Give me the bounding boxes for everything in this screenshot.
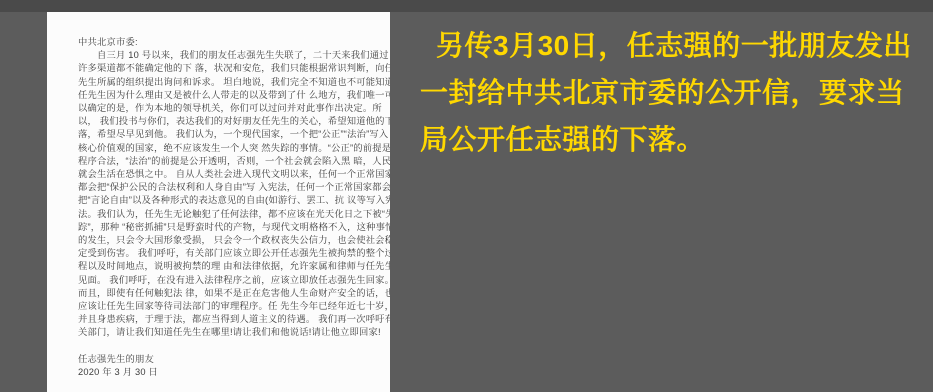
letter-line: 落，希望尽早见到他。 我们认为，一个现代国家，一个把“公正”“法治”写入: [78, 128, 382, 141]
letter-line: 并且身患疾病，于理于法，都应当得到人道主义的待遇。 我们再一次呼吁有: [78, 313, 382, 326]
letter-line: 核心价值观的国家，绝不应该发生一个人突 然失踪的事情。“公正”的前提是: [78, 142, 382, 155]
letter-line: 关部门，请让我们知道任先生在哪里!请让我们和他说话!请让他立即回家!: [78, 326, 382, 339]
letter-line: 以， 我们投书与你们，表达我们的对好朋友任先生的关心，希望知道他的下: [78, 115, 382, 128]
letter-date: 2020 年 3 月 30 日: [78, 366, 382, 379]
video-frame: 中共北京市委: 自三月 10 号以来，我们的朋友任志强先生失联了，二十天来我们通…: [0, 0, 933, 392]
letter-line: 应该让任先生回家等待司法部门的审理程序。任 先生今年已经年近七十岁，: [78, 300, 382, 313]
caption-line: 另传3月30日，任志强的一批朋友发出: [420, 22, 925, 69]
open-letter-document: 中共北京市委: 自三月 10 号以来，我们的朋友任志强先生失联了，二十天来我们通…: [47, 12, 390, 392]
letter-line: 踪”，那种 “秘密抓捕”只是野蛮时代的产物，与现代文明格格不入，这种事情: [78, 221, 382, 234]
subtitle-caption: 另传3月30日，任志强的一批朋友发出 一封给中共北京市委的公开信，要求当 局公开…: [420, 22, 925, 163]
letter-line: 许多渠道都不能确定他的下 落，状况和安危，我们只能根据常识判断，向任: [78, 62, 382, 75]
letter-line: 定受到伤害。 我们呼吁，有关部门应该立即公开任志强先生被拘禁的整个过: [78, 247, 382, 260]
letter-line: 把“言论自由”以及各种形式的表达意见的自由(如游行、罢工、抗 议等写入宪: [78, 194, 382, 207]
letter-line: 先生所属的组织提出询问和诉求。 坦白地说，我们完全不知道也不可能知道: [78, 76, 382, 89]
letter-heading: 中共北京市委:: [78, 36, 382, 49]
top-dark-strip: [0, 0, 933, 12]
letter-signature: 任志强先生的朋友: [78, 353, 382, 366]
letter-line: 的发生，只会令大国形象受损， 只会令一个政权丧失公信力，也会使社会稳: [78, 234, 382, 247]
letter-line: 都会把“保护公民的合法权利和人身自由”写 入宪法，任何一个正常国家都会: [78, 181, 382, 194]
caption-line: 局公开任志强的下落。: [420, 116, 925, 163]
caption-line: 一封给中共北京市委的公开信，要求当: [420, 69, 925, 116]
letter-line: 见面。 我们呼吁，在没有进入法律程序之前，应该立即放任志强先生回家。: [78, 274, 382, 287]
letter-line: 自三月 10 号以来，我们的朋友任志强先生失联了，二十天来我们通过: [78, 49, 382, 62]
letter-line: 法。我们认为，任先生无论触犯了任何法律，都不应该在光天化日之下被“失: [78, 208, 382, 221]
letter-line: 而且，即使有任何触犯法 律，如果不是正在危害他人生命财产安全的话，也: [78, 287, 382, 300]
letter-line: 以确定的是，作为本地的领导机关，你们可以过问并对此事作出决定。所: [78, 102, 382, 115]
letter-line: 任先生因为什么理由又是被什么人带走的以及带到了什 么地方，我们唯一可: [78, 89, 382, 102]
letter-line: 就会生活在恐惧之中。 自从人类社会进入现代文明以来，任何一个正常国家: [78, 168, 382, 181]
letter-line: 程以及时间地点，说明被拘禁的理 由和法律依据，允许家属和律师与任先生: [78, 260, 382, 273]
letter-line: 程序合法，“法治”的前提是公开透明，否则，一个社会就会陷入黑 暗，人民: [78, 155, 382, 168]
